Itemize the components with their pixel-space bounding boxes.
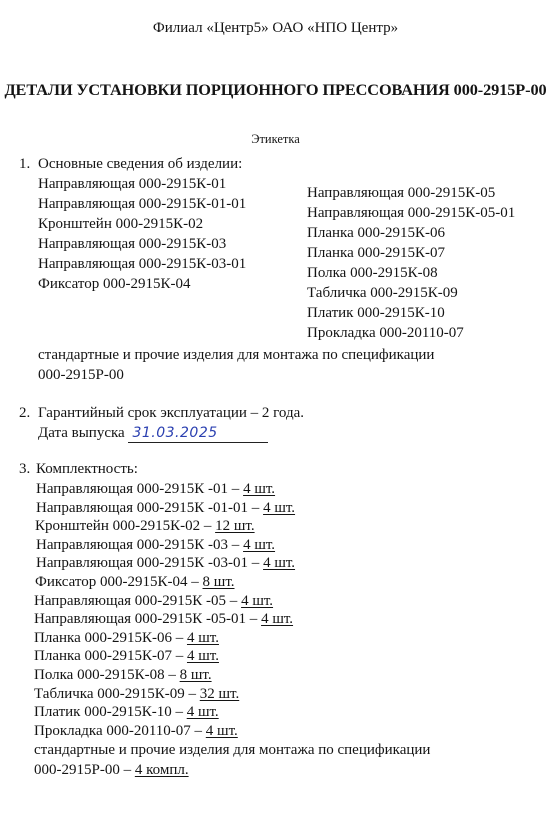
list-item: Табличка 000-2915К-09 <box>307 283 458 303</box>
kit-item-name: Направляющая 000-2915К -01 – <box>36 481 243 497</box>
list-item: Платик 000-2915К-10 <box>307 303 445 323</box>
kit-item-name: Платик 000-2915К-10 – <box>34 704 187 720</box>
kit-item: Табличка 000-2915К-09 – 32 шт. <box>34 684 239 704</box>
kit-item-quantity: 4 шт. <box>187 630 219 646</box>
kit-item-name: Направляющая 000-2915К -05-01 – <box>34 611 261 627</box>
kit-item-name: Направляющая 000-2915К -03-01 – <box>36 555 263 571</box>
document-title: ДЕТАЛИ УСТАНОВКИ ПОРЦИОННОГО ПРЕССОВАНИЯ… <box>0 80 551 100</box>
kit-item-name: Направляющая 000-2915К -03 – <box>36 537 243 553</box>
section3-heading: Комплектность: <box>36 459 138 479</box>
kit-item-name: Табличка 000-2915К-09 – <box>34 686 200 702</box>
list-item: Направляющая 000-2915К-05 <box>307 183 495 203</box>
release-date-field: 31.03.2025 <box>128 425 268 443</box>
list-item: Направляющая 000-2915К-05-01 <box>307 203 515 223</box>
kit-item-quantity: 4 шт. <box>263 500 295 516</box>
list-item: Фиксатор 000-2915К-04 <box>38 274 191 294</box>
list-item: Полка 000-2915К-08 <box>307 263 438 283</box>
kit-item-quantity: 4 шт. <box>261 611 293 627</box>
kit-item-quantity: 8 шт. <box>203 574 235 590</box>
kit-item: Направляющая 000-2915К -05 – 4 шт. <box>34 591 273 611</box>
kit-item-quantity: 4 шт. <box>187 648 219 664</box>
section1-heading: Основные сведения об изделии: <box>38 154 242 174</box>
kit-item: Направляющая 000-2915К -01-01 – 4 шт. <box>36 498 295 518</box>
warranty-text: Гарантийный срок эксплуатации – 2 года. <box>38 403 304 423</box>
kit-item-name: Направляющая 000-2915К -01-01 – <box>36 500 263 516</box>
list-item: Прокладка 000-20110-07 <box>307 323 464 343</box>
release-date-label: Дата выпуска <box>38 425 125 441</box>
list-item: Планка 000-2915К-06 <box>307 223 445 243</box>
kit-item-quantity: 4 шт. <box>206 723 238 739</box>
section1-footer: стандартные и прочие изделия для монтажа… <box>38 345 434 365</box>
kit-item-name: Полка 000-2915К-08 – <box>34 667 180 683</box>
release-date-value: 31.03.2025 <box>132 425 217 441</box>
list-item: Планка 000-2915К-07 <box>307 243 445 263</box>
kit-item-quantity: 8 шт. <box>180 667 212 683</box>
kit-item-quantity: 4 шт. <box>241 593 273 609</box>
spec-code: 000-2915Р-00 – <box>34 762 135 778</box>
section3-footer-spec: 000-2915Р-00 – 4 компл. <box>34 760 189 780</box>
kit-item-quantity: 4 шт. <box>243 481 275 497</box>
list-item: Кронштейн 000-2915К-02 <box>38 214 203 234</box>
list-item: Направляющая 000-2915К-01-01 <box>38 194 246 214</box>
section3-number: 3. <box>19 459 30 479</box>
kit-item: Полка 000-2915К-08 – 8 шт. <box>34 665 212 685</box>
list-item: Направляющая 000-2915К-03-01 <box>38 254 246 274</box>
spec-quantity: 4 компл. <box>135 762 189 778</box>
kit-item: Направляющая 000-2915К -03-01 – 4 шт. <box>36 553 295 573</box>
kit-item: Платик 000-2915К-10 – 4 шт. <box>34 702 219 722</box>
kit-item: Фиксатор 000-2915К-04 – 8 шт. <box>35 572 235 592</box>
kit-item: Планка 000-2915К-06 – 4 шт. <box>34 628 219 648</box>
kit-item: Направляющая 000-2915К -03 – 4 шт. <box>36 535 275 555</box>
kit-item-quantity: 4 шт. <box>263 555 295 571</box>
document-type: Этикетка <box>0 132 551 147</box>
kit-item-name: Прокладка 000-20110-07 – <box>34 723 206 739</box>
kit-item-name: Планка 000-2915К-07 – <box>34 648 187 664</box>
organization-name: Филиал «Центр5» ОАО «НПО Центр» <box>0 20 551 37</box>
section2-number: 2. <box>19 403 30 423</box>
release-date-row: Дата выпуска 31.03.2025 <box>38 423 268 443</box>
kit-item: Прокладка 000-20110-07 – 4 шт. <box>34 721 238 741</box>
kit-item-name: Направляющая 000-2915К -05 – <box>34 593 241 609</box>
kit-item-quantity: 32 шт. <box>200 686 239 702</box>
kit-item-quantity: 12 шт. <box>215 518 254 534</box>
kit-item-quantity: 4 шт. <box>243 537 275 553</box>
section3-footer: стандартные и прочие изделия для монтажа… <box>34 740 430 760</box>
kit-item: Направляющая 000-2915К -05-01 – 4 шт. <box>34 609 293 629</box>
kit-item: Планка 000-2915К-07 – 4 шт. <box>34 646 219 666</box>
kit-item-quantity: 4 шт. <box>187 704 219 720</box>
kit-item-name: Планка 000-2915К-06 – <box>34 630 187 646</box>
list-item: Направляющая 000-2915К-03 <box>38 234 226 254</box>
section1-footer-spec: 000-2915Р-00 <box>38 365 124 385</box>
kit-item: Направляющая 000-2915К -01 – 4 шт. <box>36 479 275 499</box>
kit-item-name: Кронштейн 000-2915К-02 – <box>35 518 215 534</box>
kit-item: Кронштейн 000-2915К-02 – 12 шт. <box>35 516 255 536</box>
section1-number: 1. <box>19 154 30 174</box>
kit-item-name: Фиксатор 000-2915К-04 – <box>35 574 203 590</box>
list-item: Направляющая 000-2915К-01 <box>38 174 226 194</box>
